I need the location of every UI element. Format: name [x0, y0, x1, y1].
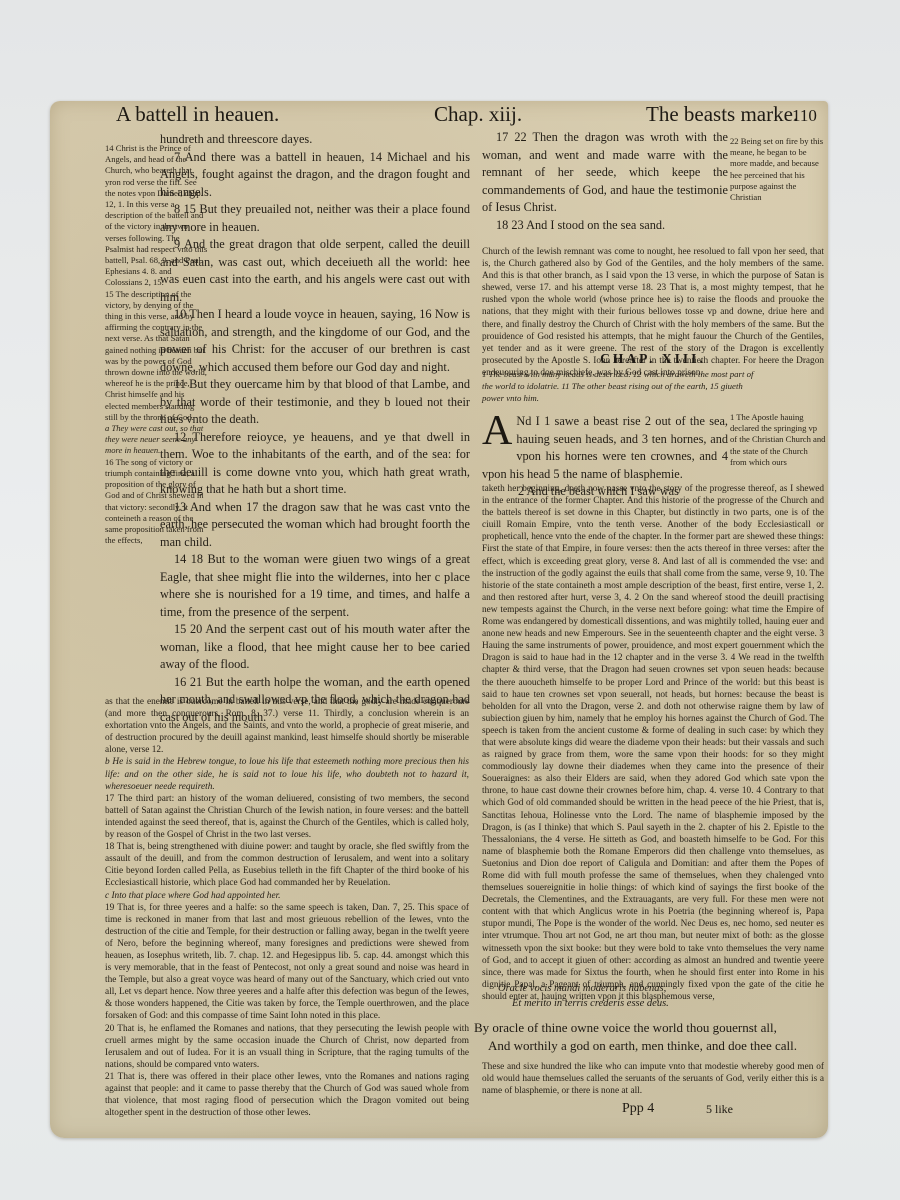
- right-commentary-bottom: taketh her beginning, doeth now passe vn…: [482, 483, 824, 1003]
- commentary-21: 21 That is, there was offered in their p…: [105, 1071, 469, 1119]
- running-head-chapter: Chap. xiij.: [434, 103, 522, 125]
- running-head-left: A battell in heauen.: [116, 103, 279, 125]
- chapter-heading: CHAP. XIII.: [482, 351, 824, 367]
- catchword: 5 like: [706, 1102, 733, 1117]
- verse-13-1: Nd I 1 sawe a beast rise 2 out of the se…: [482, 413, 728, 483]
- english-verse: By oracle of thine owne voice the world …: [474, 1019, 834, 1055]
- closing-text: These and sixe hundred the like who can …: [482, 1061, 824, 1097]
- right-margin-note-1: 1 The Apostle hauing declared the spring…: [730, 412, 826, 468]
- left-commentary: as that the enemie is ouercome in battel…: [105, 696, 469, 1119]
- book-page: A battell in heauen. Chap. xiij. The bea…: [50, 101, 828, 1138]
- right-verse-column: 17 22 Then the dragon was wroth with the…: [482, 129, 728, 234]
- verse-12: 12 Therefore reioyce, ye heauens, and ye…: [160, 429, 470, 499]
- latin-line-1: Oracle vocis mundi moderaris habenas,: [498, 981, 818, 996]
- commentary-b: b He is said in the Hebrew tongue, to lo…: [105, 756, 469, 792]
- commentary-20: 20 That is, he enflamed the Romanes and …: [105, 1023, 469, 1071]
- left-verse-column: hundreth and threescore dayes. 7 And the…: [160, 131, 470, 726]
- commentary-16-cont: as that the enemie is ouercome in battel…: [105, 696, 469, 756]
- page-number: 110: [792, 105, 817, 127]
- chapter-argument: 1 The beast with many heads is described…: [482, 369, 762, 404]
- verse-9: 9 And the great dragon that olde serpent…: [160, 236, 470, 306]
- english-line-1: By oracle of thine owne voice the world …: [474, 1019, 834, 1037]
- closing-commentary: These and sixe hundred the like who can …: [482, 1061, 824, 1097]
- commentary-chapter-13: taketh her beginning, doeth now passe vn…: [482, 483, 824, 1003]
- verse-8: 8 15 But they preuailed not, neither was…: [160, 201, 470, 236]
- verse-6-end: hundreth and threescore dayes.: [160, 131, 470, 149]
- commentary-18: 18 That is, being strengthened with diui…: [105, 841, 469, 889]
- right-margin-note-22: 22 Being set on fire by this meane, he b…: [730, 136, 826, 203]
- verse-11: 11 But they ouercame him by that blood o…: [160, 376, 470, 429]
- verse-15: 15 20 And the serpent cast out of his mo…: [160, 621, 470, 674]
- commentary-17: 17 The third part: an history of the wom…: [105, 793, 469, 841]
- verse-18: 18 23 And I stood on the sea sand.: [482, 217, 728, 235]
- verse-17: 17 22 Then the dragon was wroth with the…: [482, 129, 728, 217]
- verse-7: 7 And there was a battell in heauen, 14 …: [160, 149, 470, 202]
- latin-verse: Oracle vocis mundi moderaris habenas, Et…: [498, 981, 818, 1011]
- verse-13: 13 And when 17 the dragon saw that he wa…: [160, 499, 470, 552]
- drop-capital: A: [482, 413, 512, 449]
- running-head-right: The beasts marke.: [646, 103, 798, 125]
- latin-line-2: Et merito in terris crederis esse deus.: [498, 996, 818, 1011]
- verse-10: 10 Then I heard a loude voyce in heauen,…: [160, 306, 470, 376]
- english-line-2: And worthily a god on earth, men thinke,…: [474, 1037, 834, 1055]
- signature-mark: Ppp 4: [622, 1101, 654, 1117]
- margin-note-22: 22 Being set on fire by this meane, he b…: [730, 136, 826, 203]
- margin-note-1: 1 The Apostle hauing declared the spring…: [730, 412, 826, 468]
- verse-14: 14 18 But to the woman were giuen two wi…: [160, 551, 470, 621]
- commentary-c: c Into that place where God had appointe…: [105, 890, 469, 902]
- commentary-19: 19 That is, for three yeeres and a halfe…: [105, 902, 469, 1023]
